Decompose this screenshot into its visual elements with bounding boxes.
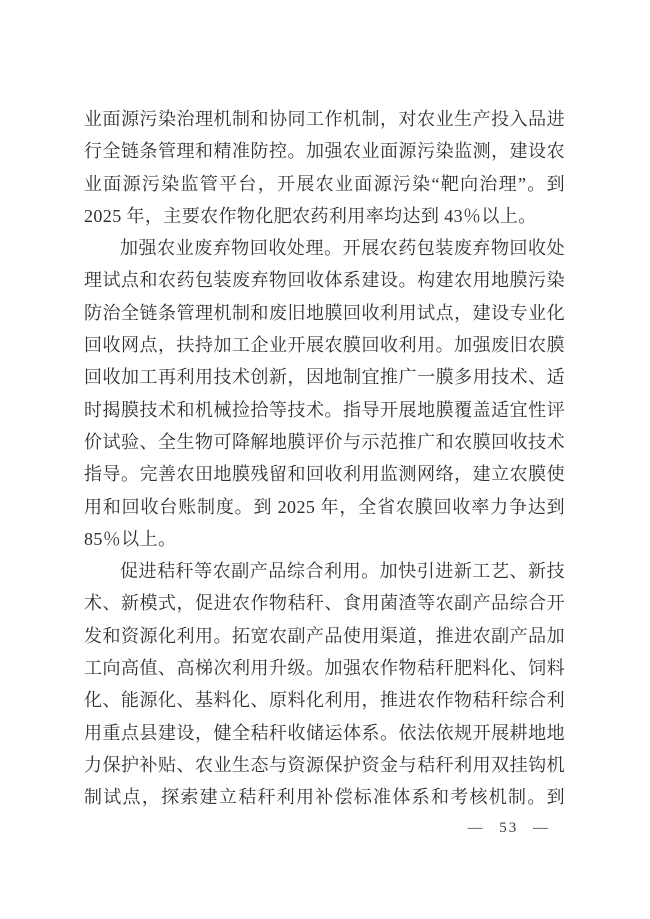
text-line: 制试点，探索建立秸秆利用补偿标准体系和考核机制。到 (84, 781, 565, 813)
text-line: 回收网点，扶持加工企业开展农膜回收利用。加强废旧农膜 (84, 329, 565, 361)
text-line: 理试点和农药包装废弃物回收体系建设。构建农用地膜污染 (84, 264, 565, 296)
document-body: 业面源污染治理机制和协同工作机制，对农业生产投入品进 行全链条管理和精准防控。加… (84, 103, 565, 814)
text-line: 用重点县建设，健全秸秆收储运体系。依法依规开展耕地地 (84, 717, 565, 749)
text-line: 回收加工再利用技术创新，因地制宜推广一膜多用技术、适 (84, 361, 565, 393)
text-line: 指导。完善农田地膜残留和回收利用监测网络，建立农膜使 (84, 458, 565, 490)
text-line: 业面源污染监管平台，开展农业面源污染“靶向治理”。到 (84, 168, 565, 200)
page-number: — 53 — (468, 820, 551, 837)
text-line: 促进秸秆等农副产品综合利用。加快引进新工艺、新技 (84, 555, 565, 587)
text-line: 加强农业废弃物回收处理。开展农药包装废弃物回收处 (84, 232, 565, 264)
document-page: 业面源污染治理机制和协同工作机制，对农业生产投入品进 行全链条管理和精准防控。加… (0, 0, 650, 919)
text-line: 术、新模式，促进农作物秸秆、食用菌渣等农副产品综合开 (84, 587, 565, 619)
text-line: 2025 年，主要农作物化肥农药利用率均达到 43％以上。 (84, 200, 565, 232)
text-line: 用和回收台账制度。到 2025 年，全省农膜回收率力争达到 (84, 491, 565, 523)
text-line: 时揭膜技术和机械捡拾等技术。指导开展地膜覆盖适宜性评 (84, 394, 565, 426)
text-line: 防治全链条管理机制和废旧地膜回收利用试点，建设专业化 (84, 297, 565, 329)
text-line: 行全链条管理和精准防控。加强农业面源污染监测，建设农 (84, 135, 565, 167)
text-line: 价试验、全生物可降解地膜评价与示范推广和农膜回收技术 (84, 426, 565, 458)
text-line: 化、能源化、基料化、原料化利用，推进农作物秸秆综合利 (84, 684, 565, 716)
text-line: 力保护补贴、农业生态与资源保护资金与秸秆利用双挂钩机 (84, 749, 565, 781)
text-line: 85％以上。 (84, 523, 565, 555)
text-line: 工向高值、高梯次利用升级。加强农作物秸秆肥料化、饲料 (84, 652, 565, 684)
text-line: 业面源污染治理机制和协同工作机制，对农业生产投入品进 (84, 103, 565, 135)
text-line: 发和资源化利用。拓宽农副产品使用渠道，推进农副产品加 (84, 620, 565, 652)
